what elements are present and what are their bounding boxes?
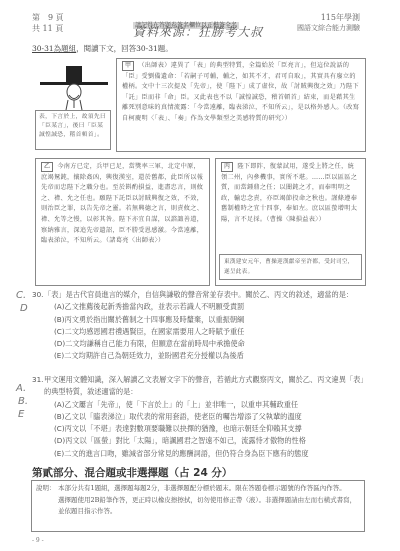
page-number: 第 9 頁 [32, 12, 64, 23]
question-31-option-c[interactable]: (C)丙文以「不堪」表達對數項要職難以抉擇的猶豫，也暗示朝廷全仰賴其支撐 [32, 423, 372, 435]
question-31-option-d[interactable]: (D)丙文以「區螢」對比「太陽」，暗諷國君之智遠不如己，流露恃才傲物的性格 [32, 435, 372, 447]
handwritten-answer-30-c: C. [16, 290, 26, 301]
question-31-option-b[interactable]: (B)乙文以「臨表涕泣」取代表的常用套語，使老臣的囑告增添了父執輩的溫度 [32, 411, 372, 423]
question-30: 30. 「表」是古代官員進言的媒介，自信與謙敬的聲音常並存表中。關於乙、丙文的敘… [32, 289, 372, 363]
question-group-text: ，閱讀下文，回答30-31題。 [76, 44, 173, 53]
question-30-option-d[interactable]: (D)二文均謙稱自己能力有限，但願意在當前時局中承擔使命 [32, 338, 372, 350]
question-31-option-e[interactable]: (E)二文的進言口吻，雖減省部分常見的應酬詞語，但仍符合身為臣下應有的態度 [32, 448, 372, 460]
official-illustration [36, 62, 111, 110]
question-31: 31. 甲文運用文體知識，深入解讀乙文表層文字下的聲音，若循此方式觀察丙文，關於… [32, 374, 372, 460]
question-30-option-a[interactable]: (A)乙文推薦後起新秀擔當內政，並表示若識人不明願受責罰 [32, 301, 372, 313]
handwritten-answer-30-d: D [20, 303, 28, 314]
question-group-intro: 30-31為題組，閱讀下文，回答30-31題。 [32, 43, 173, 54]
passage-yi: 乙今南方已定，兵甲已足，當獎率三軍，北定中原，庶竭駑鈍，攘除姦凶，興復漢室，還於… [35, 158, 210, 286]
instructions-paragraph-1: 本部分共有1題組，選擇題每題2分，非選擇題配分標於題末。限在答題卷標示題號的作答… [58, 483, 360, 495]
exam-year: 115年學測 [321, 12, 360, 23]
question-30-option-b[interactable]: (B)丙文勇於指出關於舊制之十四事應及時釐棄，以重振朝綱 [32, 314, 372, 326]
question-30-option-c[interactable]: (C)二文均感恩國君禮遇賢臣，在國家需要用人之時賦予重任 [32, 326, 372, 338]
passage-yi-text: 今南方已定，兵甲已足，當獎率三軍，北定中原，庶竭駑鈍，攘除姦凶，興復漢室，還於舊… [41, 163, 203, 244]
handwritten-answer-31-e: E [18, 409, 24, 420]
passage-bing-text: 陛下即阼，復蒙試用，遂受上將之任，統領二州，內參機事，實所不堪。……臣以區區之質… [221, 163, 357, 223]
passage-jia: 甲（出師表）違異了「表」的典型特質，全篇始於「臣亮言」，但這位說話的「臣」受劉備… [116, 58, 366, 152]
question-30-number: 30. [32, 289, 44, 301]
handwritten-answer-31-a: A. [16, 383, 26, 394]
instructions-label: 說明： [36, 483, 58, 518]
question-group-label: 30-31為題組 [32, 44, 76, 53]
question-31-stem: 甲文運用文體知識，深入解讀乙文表層文字下的聲音，若循此方式觀察丙文，關於乙、丙文… [44, 374, 372, 399]
instructions-paragraph-2: 選擇題使用2B鉛筆作答，更正時以橡皮擦擦拭，切勿使用修正帶（液）。非選擇題請由左… [58, 495, 360, 518]
passage-jia-tag: 甲 [122, 61, 134, 71]
question-30-stem: 「表」是古代官員進言的媒介，自信與謙敬的聲音常並存表中。關於乙、丙文的敘述，適當… [44, 289, 372, 301]
handwritten-source: 資料來源：狂勝考大叔 [133, 23, 263, 40]
figure-caption-box: 表，下言於上，故須先曰「臣某言」，後曰「臣某誠惶誠恐，稽首頓首」。 [35, 110, 111, 150]
handwritten-answer-31-b: B. [18, 396, 28, 407]
section-title: 第貳部分、混合題或非選擇題（占 24 分） [32, 465, 232, 480]
passage-bing-tag: 丙 [221, 162, 233, 172]
page-total: 共 11 頁 [32, 23, 63, 34]
passage-yi-tag: 乙 [41, 162, 53, 172]
exam-subject: 國語文綜合能力測驗 [297, 23, 360, 34]
question-31-option-a[interactable]: (A)乙文屢言「先帝」，使「下言於上」的「上」並非唯一，以重申其輔政重任 [32, 399, 372, 411]
passage-jia-text: （出師表）違異了「表」的典型特質，全篇始於「臣亮言」，但這位說話的「臣」受劉備遺… [122, 62, 359, 122]
instructions-box: 說明： 本部分共有1題組，選擇題每題2分，非選擇題配分標於題末。限在答題卷標示題… [31, 480, 365, 532]
question-30-option-e[interactable]: (E)二文均期許自己為朝廷效力，並盼國君充分授權以為後盾 [32, 350, 372, 362]
passage-bing-note: 東漢建安元年，曹操迎漢獻帝至許都，受封司空，遂呈此表。 [219, 254, 362, 280]
footer-page-label: - 9 - [32, 537, 44, 544]
question-31-number: 31. [32, 374, 44, 399]
